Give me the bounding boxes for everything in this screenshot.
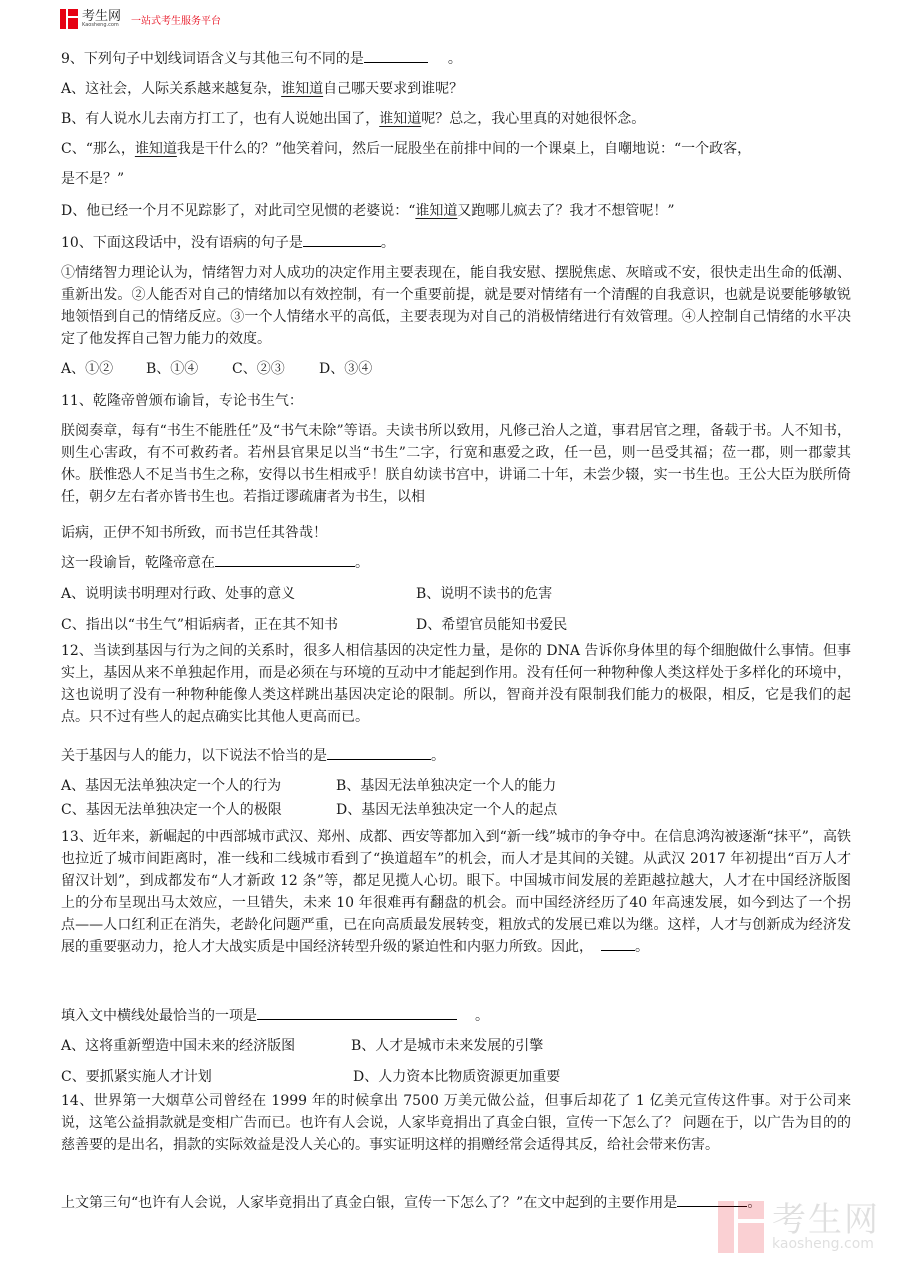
q12-question: 关于基因与人的能力，以下说法不恰当的是。 (61, 745, 445, 765)
q9-stem: 9、下列句子中划线词语含义与其他三句不同的是。 (61, 48, 462, 68)
watermark-cn: 考生网 (772, 1203, 880, 1237)
answer-blank (327, 745, 431, 760)
q13-question: 填入文中横线处最恰当的一项是。 (61, 1005, 489, 1025)
q10-option-a: A、①② (61, 358, 113, 378)
q10-stem-text: 10、下面这段话中，没有语病的句子是 (61, 235, 303, 251)
answer-blank (303, 232, 381, 247)
q9-b-post: 呢？总之，我心里真的对她很怀念。 (421, 111, 645, 127)
answer-blank (601, 936, 635, 951)
q13-option-c: C、要抓紧实施人才计划 (61, 1066, 212, 1086)
q9-d-underlined: 谁知道 (415, 203, 457, 219)
q11-option-b: B、说明不读书的危害 (416, 583, 552, 603)
logo-en: Kaosheng.com (82, 23, 121, 28)
q11-option-d: D、希望官员能知书爱民 (416, 614, 567, 634)
q11-question-end: 。 (355, 555, 369, 571)
q10-stem-end: 。 (381, 235, 395, 251)
q13-option-d: D、人力资本比物质资源更加重要 (353, 1066, 560, 1086)
q13-passage-end: 。 (635, 939, 649, 955)
q12-option-a: A、基因无法单独决定一个人的行为 (61, 775, 281, 795)
q9-a-underlined: 谁知道 (281, 81, 323, 97)
q11-passage-end: 诟病，正伊不知书所致，而书岂任其咎哉！ (61, 522, 327, 542)
q10-option-d: D、③④ (319, 358, 372, 378)
watermark-logo-icon (718, 1201, 764, 1253)
q13-passage-text: 13、近年来，新崛起的中西部城市武汉、郑州、成都、西安等都加入到“新一线”城市的… (61, 829, 851, 955)
q12-option-d: D、基因无法单独决定一个人的起点 (336, 799, 557, 819)
q9-option-c: C、“那么，谁知道我是干什么的？”他笑着问，然后一屁股坐在前排中间的一个课桌上，… (61, 138, 751, 158)
q13-passage: 13、近年来，新崛起的中西部城市武汉、郑州、成都、西安等都加入到“新一线”城市的… (61, 826, 851, 958)
q9-stem-text: 9、下列句子中划线词语含义与其他三句不同的是 (61, 51, 364, 67)
q13-option-a: A、这将重新塑造中国未来的经济版图 (61, 1035, 295, 1055)
q10-passage: ①情绪智力理论认为，情绪智力对人成功的决定作用主要表现在，能自我安慰、摆脱焦虑、… (61, 262, 851, 350)
q10-option-c: C、②③ (232, 358, 285, 378)
watermark-text: 考生网 kaosheng.com (772, 1203, 880, 1251)
q11-stem: 11、乾隆帝曾颁布谕旨，专论书生气： (61, 390, 303, 410)
q11-question: 这一段谕旨，乾隆帝意在。 (61, 552, 369, 572)
q9-c-underlined: 谁知道 (135, 141, 177, 157)
q11-passage: 朕阅奏章，每有“书生不能胜任”及“书气未除”等语。夫读书所以致用，凡修己治人之道… (61, 420, 851, 508)
slogan: 一站式考生服务平台 (131, 12, 221, 27)
q9-option-d: D、他已经一个月不见踪影了，对此司空见惯的老婆说：“谁知道又跑哪儿疯去了？我才不… (61, 200, 675, 220)
q9-c-post: 我是干什么的？”他笑着问，然后一屁股坐在前排中间的一个课桌上，自嘲地说：“一个政… (177, 141, 751, 157)
q12-option-b: B、基因无法单独决定一个人的能力 (336, 775, 556, 795)
q11-question-text: 这一段谕旨，乾隆帝意在 (61, 555, 215, 571)
watermark-en: kaosheng.com (772, 1237, 880, 1251)
q9-option-c-line2: 是不是？” (61, 168, 124, 188)
q11-option-a: A、说明读书明理对行政、处事的意义 (61, 583, 295, 603)
q9-stem-end: 。 (448, 51, 462, 67)
q14-passage: 14、世界第一大烟草公司曾经在 1999 年的时候拿出 7500 万美元做公益，… (61, 1090, 851, 1156)
q9-b-pre: B、有人说水儿去南方打工了，也有人说她出国了， (61, 111, 379, 127)
q14-question: 上文第三句“也许有人会说，人家毕竟捐出了真金白银，宣传一下怎么了？”在文中起到的… (61, 1192, 761, 1212)
q13-question-end: 。 (475, 1008, 489, 1024)
q9-a-pre: A、这社会，人际关系越来越复杂， (61, 81, 281, 97)
q9-d-pre: D、他已经一个月不见踪影了，对此司空见惯的老婆说：“ (61, 203, 415, 219)
answer-blank (215, 552, 355, 567)
q9-d-post: 又跑哪儿疯去了？我才不想管呢！” (457, 203, 674, 219)
q10-option-b: B、①④ (146, 358, 198, 378)
q12-question-text: 关于基因与人的能力，以下说法不恰当的是 (61, 748, 327, 764)
q13-question-text: 填入文中横线处最恰当的一项是 (61, 1008, 257, 1024)
q14-question-text: 上文第三句“也许有人会说，人家毕竟捐出了真金白银，宣传一下怎么了？”在文中起到的… (61, 1195, 677, 1211)
answer-blank (257, 1005, 457, 1020)
q9-c-pre: C、“那么， (61, 141, 135, 157)
q12-question-end: 。 (431, 748, 445, 764)
watermark: 考生网 kaosheng.com (718, 1201, 880, 1253)
q9-option-a: A、这社会，人际关系越来越复杂，谁知道自己哪天要求到谁呢？ (61, 78, 463, 98)
q12-passage: 12、当读到基因与行为之间的关系时，很多人相信基因的决定性力量，是你的 DNA … (61, 640, 851, 728)
q11-option-c: C、指出以“书生气”相诟病者，正在其不知书 (61, 614, 338, 634)
site-header: 考生网 Kaosheng.com 一站式考生服务平台 (60, 8, 221, 30)
kaosheng-logo-icon (60, 9, 78, 29)
q9-option-b: B、有人说水儿去南方打工了，也有人说她出国了，谁知道呢？总之，我心里真的对她很怀… (61, 108, 645, 128)
answer-blank (364, 48, 428, 63)
q12-option-c: C、基因无法单独决定一个人的极限 (61, 799, 282, 819)
q9-b-underlined: 谁知道 (379, 111, 421, 127)
q10-stem: 10、下面这段话中，没有语病的句子是。 (61, 232, 395, 252)
q9-a-post: 自己哪天要求到谁呢？ (323, 81, 463, 97)
q13-option-b: B、人才是城市未来发展的引擎 (351, 1035, 543, 1055)
logo-text: 考生网 Kaosheng.com (82, 10, 121, 28)
